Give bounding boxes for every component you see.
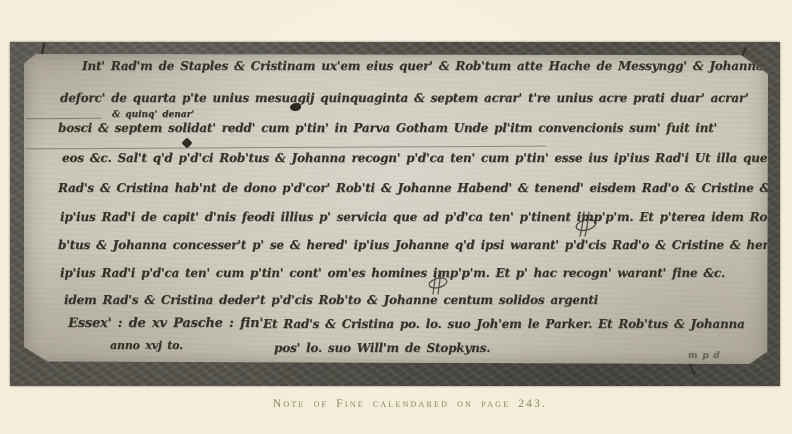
regnal-year: anno xvj to. [110,338,183,354]
manuscript-photo-plate: Int' Rad'm de Staples & Cristinam ux'em … [10,42,780,386]
manuscript-line: ip'ius Rad'i de capit' d'nis feodi illiu… [60,209,767,225]
pen-line [26,146,546,150]
attorneys-line: pos' lo. suo Will'm de Stopkyns. [274,340,490,356]
manuscript-line: deforc' de quarta p'te unius mesuagij qu… [60,90,748,106]
paraph-mark [428,270,450,296]
manuscript-line: ip'ius Rad'i p'd'ca ten' cum p'tin' cont… [60,265,725,281]
manuscript-line: Int' Rad'm de Staples & Cristinam ux'em … [82,58,792,74]
corner-mark: m p d [688,348,719,364]
pen-line [26,118,102,119]
manuscript-line: Rad's & Cristina hab'nt de dono p'd'cor'… [58,180,792,196]
manuscript-line: b'tus & Johanna concesser't p' se & here… [58,237,788,253]
manuscript-line: bosci & septem solidat' redd' cum p'tin'… [58,120,717,136]
county-heading: Essex' : de xv Pasche : fin'. [68,316,267,332]
manuscript-line: eos &c. Sal't q'd p'd'ci Rob'tus & Johan… [62,150,792,166]
ink-blot [290,103,301,111]
manuscript-line: idem Rad's & Cristina deder't p'd'cis Ro… [64,292,598,308]
figure-caption: Note of Fine calendared on page 243. [14,398,792,410]
attorneys-line: Et Rad's & Cristina po. lo. suo Joh'em l… [263,316,745,332]
paraph-mark [575,210,599,238]
parchment: Int' Rad'm de Staples & Cristinam ux'em … [24,54,768,364]
